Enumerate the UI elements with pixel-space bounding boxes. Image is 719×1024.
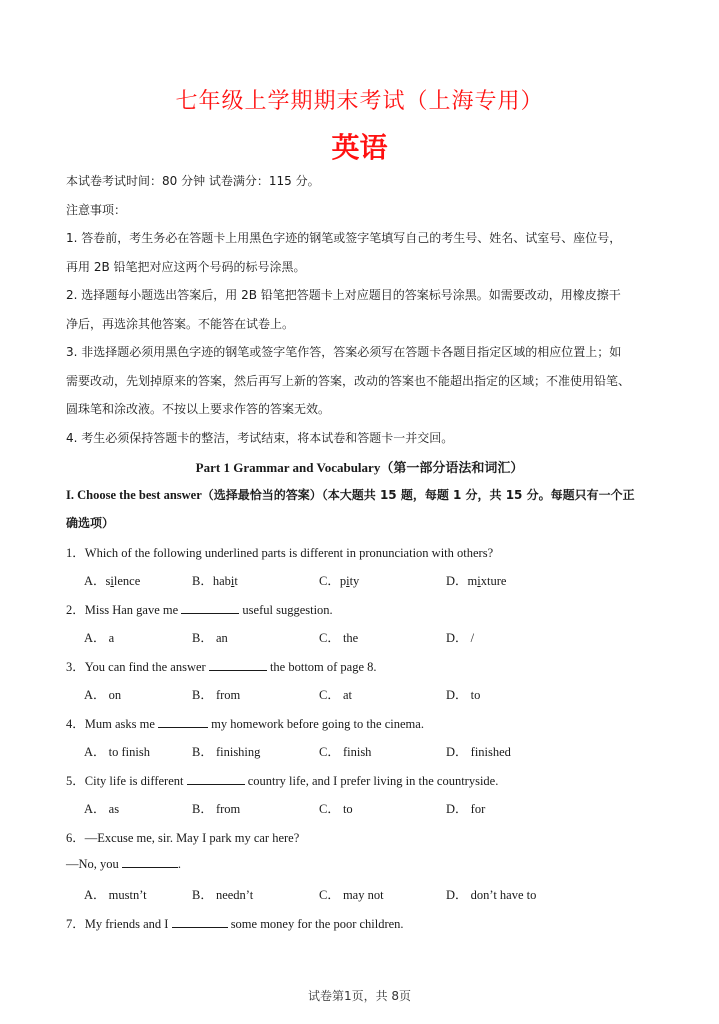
q6-option-a[interactable]: A． mustn’t [84, 885, 147, 903]
notice-3-line-3: 圆珠笔和涂改液。不按以上要求作答的答案无效。 [66, 400, 330, 417]
q2-option-b[interactable]: B． an [192, 628, 228, 646]
notice-4-line-1: 4. 考生必须保持答题卡的整洁，考试结束，将本试卷和答题卡一并交回。 [66, 429, 453, 446]
question-number: 1． [66, 546, 85, 560]
answer-blank [181, 603, 239, 614]
notice-2-line-1: 2. 选择题每小题选出答案后，用 2B 铅笔把答题卡上对应题目的答案标号涂黑。如… [66, 286, 621, 303]
q3-option-a[interactable]: A． on [84, 685, 121, 703]
answer-blank [209, 660, 267, 671]
question-text: Which of the following underlined parts … [85, 546, 493, 560]
answer-blank [122, 857, 178, 868]
q4-option-c[interactable]: C． finish [319, 742, 371, 760]
q4-option-a[interactable]: A． to finish [84, 742, 150, 760]
question-6: 6．—Excuse me, sir. May I park my car her… [66, 828, 299, 846]
q2-option-d[interactable]: D． / [446, 628, 474, 646]
q6-option-c[interactable]: C． may not [319, 885, 384, 903]
q5-option-a[interactable]: A． as [84, 799, 119, 817]
q3-option-d[interactable]: D． to [446, 685, 480, 703]
q1-option-c[interactable]: C．pity [319, 571, 359, 589]
q4-option-b[interactable]: B． finishing [192, 742, 260, 760]
section-title-en: I. Choose the best answer [66, 488, 202, 502]
question-2: 2．Miss Han gave me useful suggestion. [66, 600, 333, 618]
exam-title: 七年级上学期期末考试（上海专用） [0, 84, 719, 115]
q5-option-c[interactable]: C． to [319, 799, 353, 817]
q1-option-a[interactable]: A．silence [84, 571, 140, 589]
part1-heading: Part 1 Grammar and Vocabulary（第一部分语法和词汇） [0, 457, 719, 476]
question-7: 7．My friends and I some money for the po… [66, 914, 404, 932]
q3-option-c[interactable]: C． at [319, 685, 352, 703]
answer-blank [158, 717, 208, 728]
answer-blank [187, 774, 245, 785]
page-footer: 试卷第1页，共 8页 [0, 987, 719, 1004]
q5-option-d[interactable]: D． for [446, 799, 485, 817]
q6-option-b[interactable]: B． needn’t [192, 885, 253, 903]
answer-blank [172, 917, 228, 928]
q1-option-b[interactable]: B．habit [192, 571, 238, 589]
question-1: 1．Which of the following underlined part… [66, 543, 493, 561]
notice-1-line-1: 1. 答卷前，考生务必在答题卡上用黑色字迹的钢笔或签字笔填写自己的考生号、姓名、… [66, 229, 621, 246]
question-4: 4．Mum asks me my homework before going t… [66, 714, 424, 732]
section-title: I. Choose the best answer（选择最恰当的答案）（本大题共… [66, 486, 635, 503]
section-title-cn: （选择最恰当的答案）（本大题共 15 题，每题 1 分，共 15 分。每题只有一… [202, 488, 635, 502]
notice-3-line-1: 3. 非选择题必须用黑色字迹的钢笔或签字笔作答，答案必须写在答题卡各题目指定区域… [66, 343, 621, 360]
q4-option-d[interactable]: D． finished [446, 742, 511, 760]
subject-title: 英语 [0, 126, 719, 166]
notice-3-line-2: 需要改动，先划掉原来的答案，然后再写上新的答案，改动的答案也不能超出指定的区域；… [66, 372, 630, 389]
notice-1-line-2: 再用 2B 铅笔把对应这两个号码的标号涂黑。 [66, 258, 306, 275]
q2-option-c[interactable]: C． the [319, 628, 358, 646]
notice-2-line-2: 净后，再选涂其他答案。不能答在试卷上。 [66, 315, 294, 332]
q2-option-a[interactable]: A． a [84, 628, 114, 646]
question-3: 3．You can find the answer the bottom of … [66, 657, 377, 675]
question-6-reply: —No, you . [66, 857, 181, 872]
exam-time-info: 本试卷考试时间：80 分钟 试卷满分：115 分。 [66, 172, 320, 189]
q6-option-d[interactable]: D． don’t have to [446, 885, 536, 903]
q5-option-b[interactable]: B． from [192, 799, 240, 817]
question-5: 5．City life is different country life, a… [66, 771, 498, 789]
section-title-cn-line-2: 确选项） [66, 514, 114, 531]
notice-title: 注意事项： [66, 201, 126, 218]
q3-option-b[interactable]: B． from [192, 685, 240, 703]
q1-option-d[interactable]: D．mixture [446, 571, 506, 589]
exam-page: 七年级上学期期末考试（上海专用） 英语 本试卷考试时间：80 分钟 试卷满分：1… [0, 0, 719, 1024]
